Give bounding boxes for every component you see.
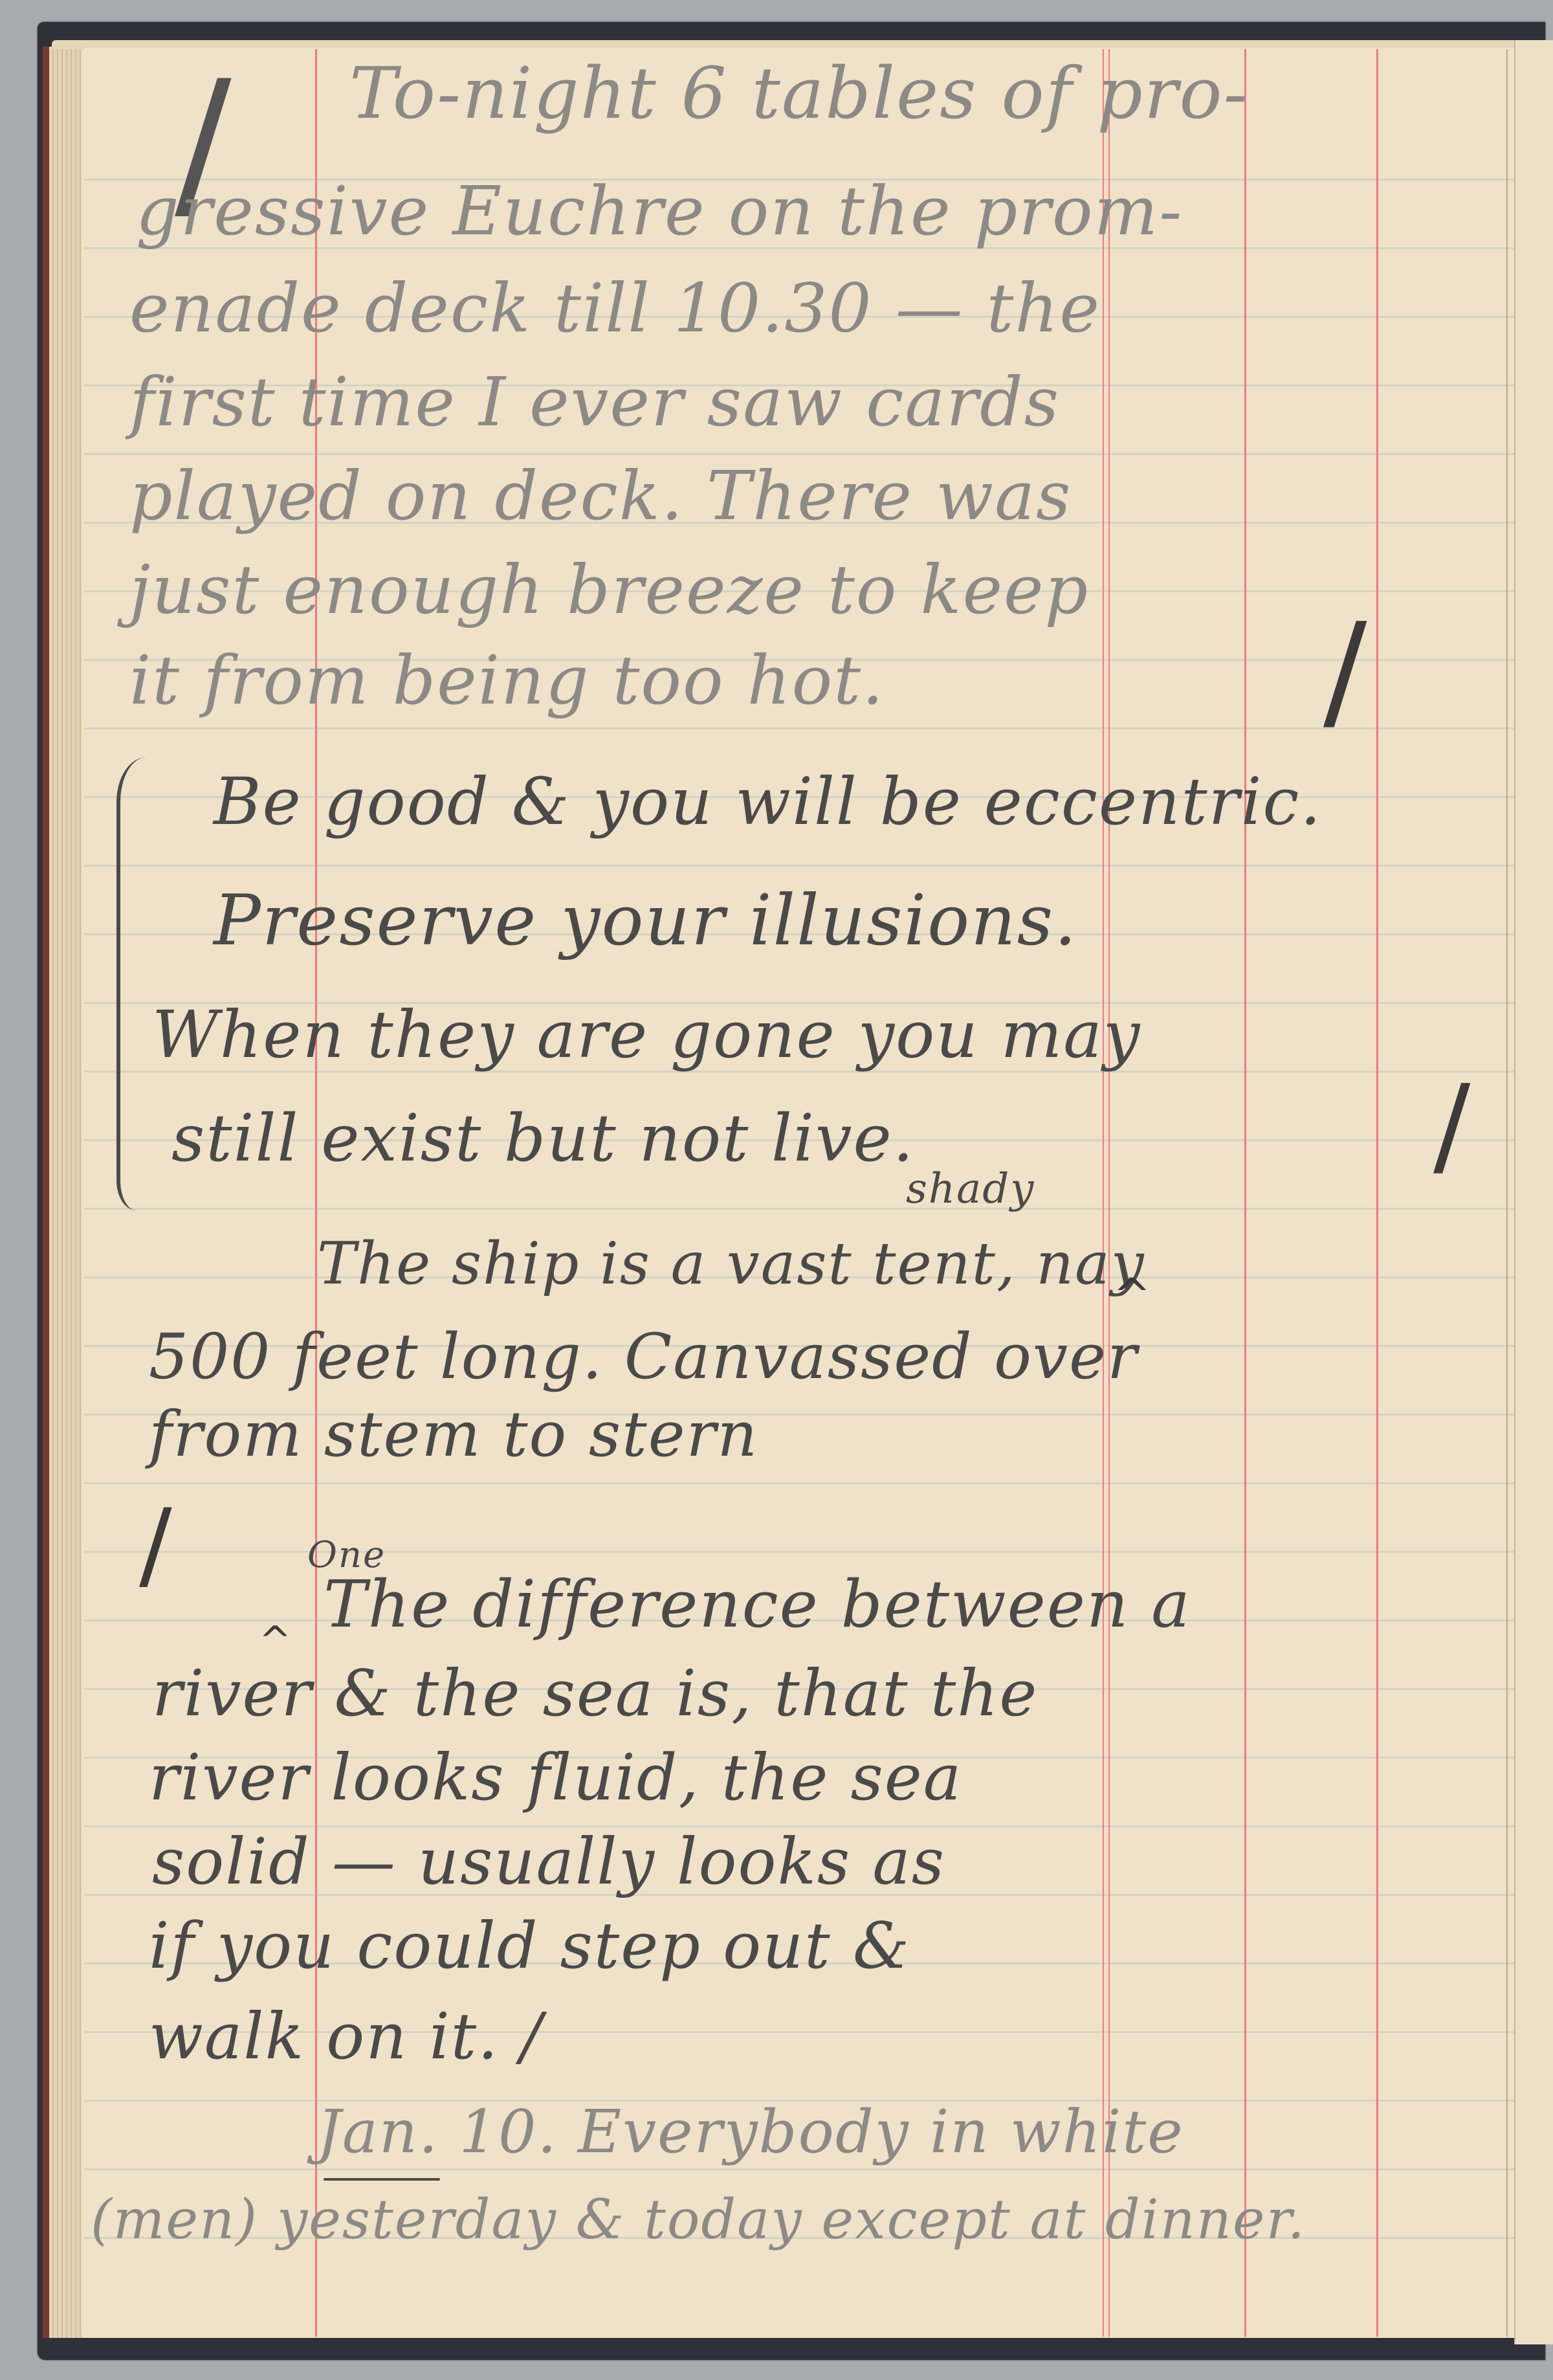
handwritten-line: solid — usually looks as bbox=[152, 1825, 945, 1899]
date-underline bbox=[324, 2178, 440, 2181]
column-rule-red bbox=[1244, 49, 1246, 2337]
ruled-line bbox=[84, 2168, 1514, 2170]
dated-entry-line: (men) yesterday & today except at dinner… bbox=[91, 2188, 1306, 2251]
handwritten-line: 500 feet long. Canvassed over bbox=[149, 1320, 1138, 1393]
handwritten-line: To-night 6 tables of pro- bbox=[349, 52, 1249, 135]
handwritten-line: Be good & you will be eccentric. bbox=[214, 764, 1322, 840]
handwritten-line: still exist but not live. bbox=[171, 1100, 915, 1176]
dated-entry-line: Jan. 10. Everybody in white bbox=[317, 2097, 1184, 2166]
handwritten-line: played on deck. There was bbox=[129, 456, 1072, 535]
margin-slash-close: / bbox=[1433, 1062, 1470, 1190]
insertion-caret: ^ bbox=[1113, 1269, 1151, 1322]
handwritten-line: it from being too hot. bbox=[129, 641, 885, 720]
handwritten-line: from stem to stern bbox=[149, 1398, 758, 1471]
ruled-line bbox=[84, 453, 1514, 455]
handwritten-line: just enough breeze to keep bbox=[129, 550, 1089, 629]
column-rule-red bbox=[1376, 49, 1378, 2337]
handwritten-line: river looks fluid, the sea bbox=[149, 1741, 962, 1815]
ruled-line bbox=[84, 1551, 1514, 1553]
margin-slash-close: / bbox=[1323, 595, 1367, 746]
ruled-line bbox=[84, 1482, 1514, 1484]
inserted-word: shady bbox=[906, 1165, 1035, 1213]
page-gutter-line bbox=[1506, 49, 1508, 2337]
handwritten-line: Preserve your illusions. bbox=[214, 880, 1077, 961]
ruled-line bbox=[84, 1208, 1514, 1210]
handwritten-line: if you could step out & bbox=[149, 1909, 910, 1983]
handwritten-line: The ship is a vast tent, nay bbox=[317, 1230, 1145, 1298]
column-rule-red bbox=[1108, 49, 1110, 2337]
handwritten-line: gressive Euchre on the prom- bbox=[136, 172, 1183, 250]
handwritten-line: river & the sea is, that the bbox=[152, 1657, 1038, 1731]
handwritten-line: first time I ever saw cards bbox=[129, 362, 1060, 441]
handwritten-line: The difference between a bbox=[324, 1566, 1191, 1642]
ruled-line bbox=[84, 865, 1514, 867]
margin-bracket bbox=[116, 757, 146, 1210]
handwritten-line: When they are gone you may bbox=[152, 997, 1141, 1073]
margin-slash-open: / bbox=[139, 1489, 172, 1601]
ruled-line bbox=[84, 728, 1514, 729]
column-rule-red bbox=[1103, 49, 1104, 2337]
facing-page-edge bbox=[1514, 40, 1553, 2344]
handwritten-line: enade deck till 10.30 — the bbox=[129, 269, 1101, 348]
handwritten-line: walk on it. / bbox=[149, 2000, 544, 2074]
